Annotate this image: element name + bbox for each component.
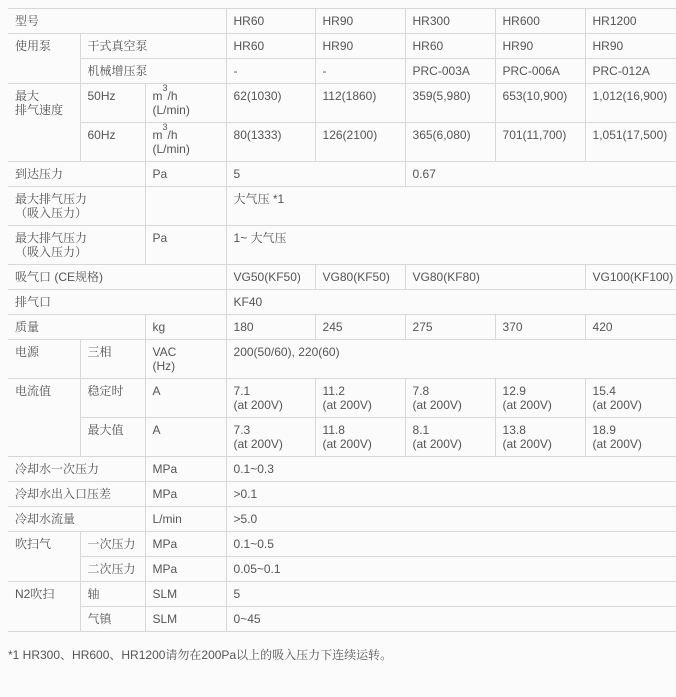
table-cell: A	[145, 379, 226, 418]
table-row: 二次压力MPa0.05~0.1	[8, 557, 676, 582]
table-row: 60Hzm3/h(L/min)80(1333)126(2100)365(6,08…	[8, 123, 676, 162]
table-cell: 冷却水一次压力	[8, 457, 145, 482]
table-row: 型号HR60HR90HR300HR600HR1200	[8, 9, 676, 34]
table-cell: 最大排气速度	[8, 84, 80, 162]
table-cell: 11.2(at 200V)	[315, 379, 405, 418]
table-cell: HR60	[405, 34, 495, 59]
table-row: 排气口KF40	[8, 290, 676, 315]
table-cell: 112(1860)	[315, 84, 405, 123]
table-row: 最大值A7.3(at 200V)11.8(at 200V)8.1(at 200V…	[8, 418, 676, 457]
table-cell: 冷却水流量	[8, 507, 145, 532]
pump-spec-table: 型号HR60HR90HR300HR600HR1200使用泵干式真空泵HR60HR…	[8, 8, 676, 632]
table-cell: 12.9(at 200V)	[495, 379, 585, 418]
table-cell: 到达压力	[8, 162, 145, 187]
table-cell: 二次压力	[80, 557, 145, 582]
table-cell: 365(6,080)	[405, 123, 495, 162]
table-cell: 冷却水出入口压差	[8, 482, 145, 507]
table-cell: 5	[226, 582, 676, 607]
table-cell: HR60	[226, 9, 315, 34]
table-cell: 机械增压泵	[80, 59, 226, 84]
table-cell: SLM	[145, 582, 226, 607]
table-cell: 轴	[80, 582, 145, 607]
table-cell	[145, 187, 226, 226]
table-row: 最大排气压力（吸入压力）Pa1~ 大气压	[8, 226, 676, 265]
table-cell: HR300	[405, 9, 495, 34]
table-cell: 排气口	[8, 290, 226, 315]
table-cell: VAC(Hz)	[145, 340, 226, 379]
table-cell: 5	[226, 162, 405, 187]
table-row: 冷却水流量L/min>5.0	[8, 507, 676, 532]
table-cell: 80(1333)	[226, 123, 315, 162]
table-row: 使用泵干式真空泵HR60HR90HR60HR90HR90	[8, 34, 676, 59]
table-cell: HR90	[315, 9, 405, 34]
table-cell: 180	[226, 315, 315, 340]
table-cell: MPa	[145, 532, 226, 557]
table-cell: 7.8(at 200V)	[405, 379, 495, 418]
table-row: 吸气口 (CE规格)VG50(KF50)VG80(KF50)VG80(KF80)…	[8, 265, 676, 290]
table-cell: -	[226, 59, 315, 84]
table-cell: 稳定时	[80, 379, 145, 418]
table-cell: 126(2100)	[315, 123, 405, 162]
table-cell: 359(5,980)	[405, 84, 495, 123]
table-cell: >5.0	[226, 507, 676, 532]
table-cell: 420	[585, 315, 676, 340]
table-row: 最大排气速度50Hzm3/h(L/min)62(1030)112(1860)35…	[8, 84, 676, 123]
table-row: 机械增压泵--PRC-003APRC-006APRC-012A	[8, 59, 676, 84]
table-cell: 7.3(at 200V)	[226, 418, 315, 457]
table-cell: L/min	[145, 507, 226, 532]
table-cell: m3/h(L/min)	[145, 123, 226, 162]
table-cell: VG80(KF80)	[405, 265, 585, 290]
table-cell: 干式真空泵	[80, 34, 226, 59]
table-row: 电源三相VAC(Hz)200(50/60), 220(60)	[8, 340, 676, 379]
table-row: 冷却水一次压力MPa0.1~0.3	[8, 457, 676, 482]
table-cell: 0.67	[405, 162, 676, 187]
table-cell: HR90	[585, 34, 676, 59]
table-cell: HR1200	[585, 9, 676, 34]
table-cell: 吹扫气	[8, 532, 80, 582]
table-cell: KF40	[226, 290, 676, 315]
table-cell: 13.8(at 200V)	[495, 418, 585, 457]
table-cell: 质量	[8, 315, 145, 340]
table-cell: 电源	[8, 340, 80, 379]
table-cell: PRC-003A	[405, 59, 495, 84]
table-cell: 1,012(16,900)	[585, 84, 676, 123]
table-cell: 最大排气压力（吸入压力）	[8, 226, 145, 265]
table-cell: 1,051(17,500)	[585, 123, 676, 162]
table-cell: 18.9(at 200V)	[585, 418, 676, 457]
table-cell: 三相	[80, 340, 145, 379]
table-cell: 7.1(at 200V)	[226, 379, 315, 418]
table-cell: 60Hz	[80, 123, 145, 162]
table-cell: 一次压力	[80, 532, 145, 557]
footnote: *1 HR300、HR600、HR1200请勿在200Pa以上的吸入压力下连续运…	[8, 648, 676, 663]
table-cell: 1~ 大气压	[226, 226, 676, 265]
table-cell: 电流值	[8, 379, 80, 457]
table-cell: 653(10,900)	[495, 84, 585, 123]
table-cell: MPa	[145, 482, 226, 507]
table-cell: MPa	[145, 457, 226, 482]
table-cell: 370	[495, 315, 585, 340]
table-cell: HR60	[226, 34, 315, 59]
table-cell: 最大值	[80, 418, 145, 457]
table-row: N2吹扫轴SLM5	[8, 582, 676, 607]
table-row: 电流值稳定时A7.1(at 200V)11.2(at 200V)7.8(at 2…	[8, 379, 676, 418]
table-cell: VG80(KF50)	[315, 265, 405, 290]
table-cell: 0.1~0.5	[226, 532, 676, 557]
table-cell: 11.8(at 200V)	[315, 418, 405, 457]
table-cell: A	[145, 418, 226, 457]
table-cell: -	[315, 59, 405, 84]
table-cell: HR600	[495, 9, 585, 34]
table-cell: m3/h(L/min)	[145, 84, 226, 123]
table-row: 冷却水出入口压差MPa>0.1	[8, 482, 676, 507]
table-cell: SLM	[145, 607, 226, 632]
table-row: 质量kg180245275370420	[8, 315, 676, 340]
table-cell: 0.05~0.1	[226, 557, 676, 582]
table-cell: 0~45	[226, 607, 676, 632]
table-cell: VG100(KF100)	[585, 265, 676, 290]
table-row: 吹扫气一次压力MPa0.1~0.5	[8, 532, 676, 557]
table-cell: PRC-006A	[495, 59, 585, 84]
table-cell: 气镇	[80, 607, 145, 632]
table-cell: PRC-012A	[585, 59, 676, 84]
table-cell: Pa	[145, 226, 226, 265]
table-cell: MPa	[145, 557, 226, 582]
table-cell: HR90	[495, 34, 585, 59]
table-cell: 15.4(at 200V)	[585, 379, 676, 418]
table-cell: 大气压 *1	[226, 187, 676, 226]
table-row: 到达压力Pa50.67	[8, 162, 676, 187]
table-row: 气镇SLM0~45	[8, 607, 676, 632]
table-cell: 701(11,700)	[495, 123, 585, 162]
table-cell: N2吹扫	[8, 582, 80, 632]
table-cell: HR90	[315, 34, 405, 59]
table-cell: 0.1~0.3	[226, 457, 676, 482]
table-cell: 275	[405, 315, 495, 340]
table-row: 最大排气压力（吸入压力） 大气压 *1	[8, 187, 676, 226]
table-cell: 吸气口 (CE规格)	[8, 265, 226, 290]
table-cell: 使用泵	[8, 34, 80, 84]
table-cell: 型号	[8, 9, 226, 34]
table-cell: 8.1(at 200V)	[405, 418, 495, 457]
pump-spec-table-body: 型号HR60HR90HR300HR600HR1200使用泵干式真空泵HR60HR…	[8, 9, 676, 632]
table-cell: 最大排气压力（吸入压力）	[8, 187, 145, 226]
table-cell: 245	[315, 315, 405, 340]
table-cell: 62(1030)	[226, 84, 315, 123]
table-cell: kg	[145, 315, 226, 340]
table-cell: VG50(KF50)	[226, 265, 315, 290]
table-cell: 200(50/60), 220(60)	[226, 340, 676, 379]
table-cell: 50Hz	[80, 84, 145, 123]
table-cell: >0.1	[226, 482, 676, 507]
table-cell: Pa	[145, 162, 226, 187]
